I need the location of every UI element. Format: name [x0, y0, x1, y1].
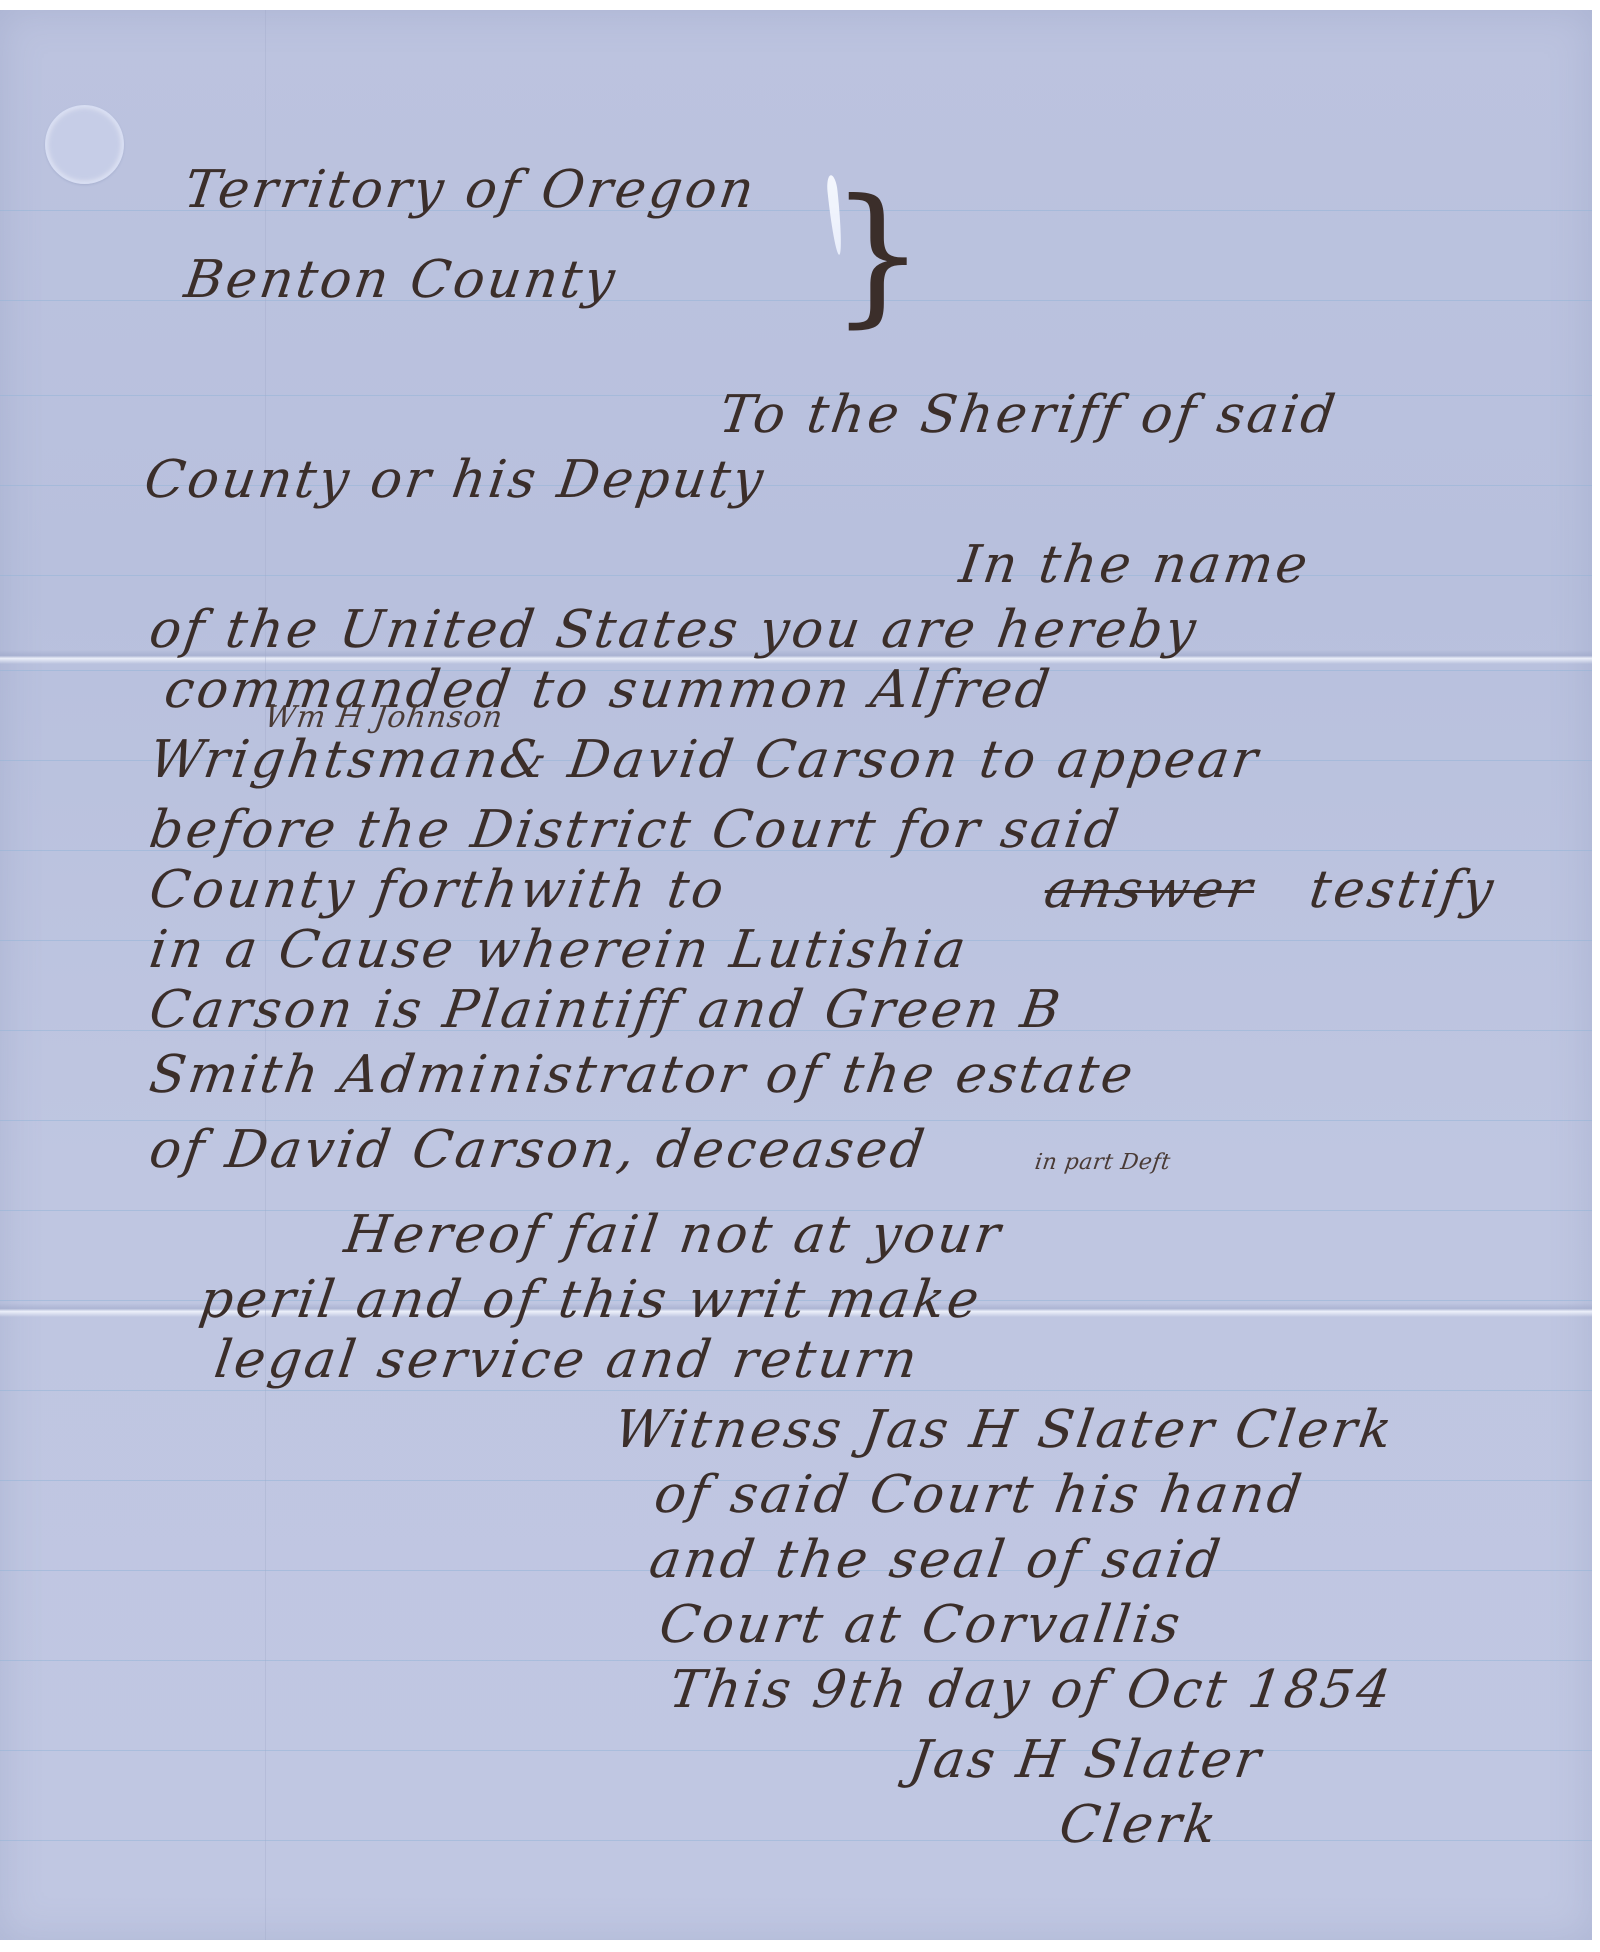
ruled-line: [0, 1840, 1592, 1841]
body-line-6a: County forthwith to: [146, 860, 730, 920]
body-line-1: In the name: [956, 535, 1314, 595]
body-line-4a: Wrightsman: [146, 730, 505, 790]
attestation-line-5: This 9th day of Oct 1854: [666, 1660, 1397, 1720]
body-line-10-note: in part Deft: [1033, 1150, 1172, 1175]
signature-title: Clerk: [1056, 1795, 1223, 1855]
heading-territory: Territory of Oregon: [181, 160, 761, 220]
struck-word: answer: [1041, 860, 1259, 920]
body-line-7: in a Cause wherein Lutishia: [146, 920, 972, 980]
attestation-line-2: of said Court his hand: [651, 1465, 1308, 1525]
closing-line-2: peril and of this writ make: [196, 1270, 986, 1330]
body-line-8: Carson is Plaintiff and Green B: [146, 980, 1067, 1040]
closing-line-1: Hereof fail not at your: [341, 1205, 1007, 1265]
attestation-line-4: Court at Corvallis: [656, 1595, 1187, 1655]
heading-county: Benton County: [181, 250, 621, 310]
ruled-line: [0, 1750, 1592, 1751]
attestation-line-1: Witness Jas H Slater Clerk: [611, 1400, 1398, 1460]
closing-line-3: legal service and return: [211, 1330, 924, 1390]
body-line-9: Smith Administrator of the estate: [146, 1045, 1140, 1105]
signature-name: Jas H Slater: [906, 1730, 1267, 1790]
brace-icon: }: [830, 180, 925, 330]
body-line-5: before the District Court for said: [146, 800, 1125, 860]
address-line-1: To the Sheriff of said: [716, 385, 1342, 445]
body-line-2: of the United States you are hereby: [146, 600, 1202, 660]
document-page: Territory of Oregon Benton County } To t…: [0, 10, 1592, 1940]
body-line-4b: & David Carson to appear: [496, 730, 1264, 790]
attestation-line-3: and the seal of said: [646, 1530, 1227, 1590]
body-line-6b: testify: [1306, 860, 1500, 920]
body-line-10: of David Carson, deceased: [146, 1120, 931, 1180]
address-line-2: County or his Deputy: [141, 450, 770, 510]
ruled-line: [0, 1390, 1592, 1391]
embossed-seal-icon: [45, 105, 124, 184]
ruled-line: [0, 575, 1592, 576]
